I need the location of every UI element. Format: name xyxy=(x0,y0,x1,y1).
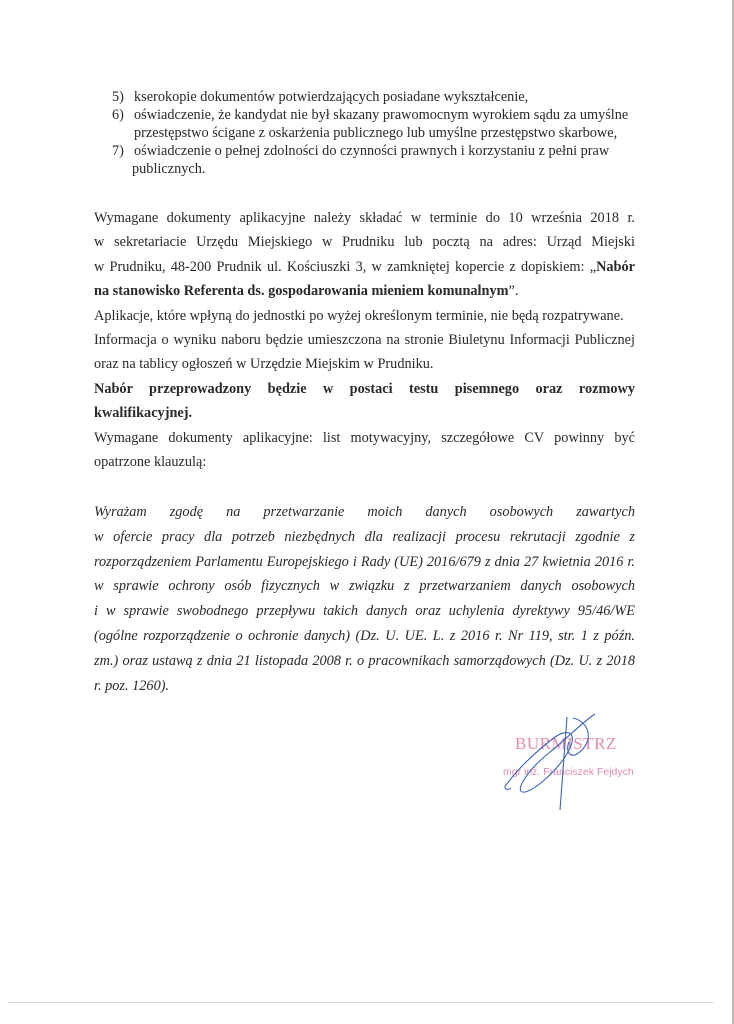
list-text: przestępstwo ścigane z oskarżenia public… xyxy=(134,124,652,142)
quote-close: ”. xyxy=(509,283,519,299)
clause-line: w sprawie ochrony osób fizycznych w zwią… xyxy=(94,574,635,599)
main-body: Wymagane dokumenty aplikacyjne należy sk… xyxy=(94,206,635,474)
position-title: na stanowisko Referenta ds. gospodarowan… xyxy=(94,283,509,299)
clause-line: r. poz. 1260). xyxy=(94,674,635,699)
clause-line: (ogólne rozporządzenie o ochronie danych… xyxy=(94,624,635,649)
list-text: oświadczenie o pełnej zdolności do czynn… xyxy=(134,142,652,160)
paragraph-line: opatrzone klauzulą: xyxy=(94,450,635,474)
clause-line: Wyrażam zgodę na przetwarzanie moich dan… xyxy=(94,500,635,525)
paragraph-line: Wymagane dokumenty aplikacyjne należy sk… xyxy=(94,206,635,230)
list-number: 5) xyxy=(112,88,124,106)
paragraph-line: kwalifikacyjnej. xyxy=(94,401,635,425)
list-item: 7) oświadczenie o pełnej zdolności do cz… xyxy=(112,142,652,178)
consent-clause: Wyrażam zgodę na przetwarzanie moich dan… xyxy=(94,500,635,698)
list-number: 7) xyxy=(112,142,124,160)
paragraph-line: na stanowisko Referenta ds. gospodarowan… xyxy=(94,279,635,303)
late-applications-note: Aplikacje, które wpłyną do jednostki po … xyxy=(94,304,635,328)
list-item: 6) oświadczenie, że kandydat nie był ska… xyxy=(112,106,652,142)
clause-line: w ofercie pracy dla potrzeb niezbędnych … xyxy=(94,525,635,550)
recruitment-method: Nabór przeprowadzony będzie w postaci te… xyxy=(94,377,635,401)
list-number: 6) xyxy=(112,106,124,124)
clause-line: rozporządzeniem Parlamentu Europejskiego… xyxy=(94,550,635,575)
paragraph-line: Wymagane dokumenty aplikacyjne: list mot… xyxy=(94,426,635,450)
address-text: w Prudniku, 48-200 Prudnik ul. Kościuszk… xyxy=(94,259,596,275)
envelope-label: Nabór xyxy=(596,259,635,275)
list-text: publicznych. xyxy=(132,160,652,178)
clause-line: i w sprawie swobodnego przepływu takich … xyxy=(94,599,635,624)
list-text: kserokopie dokumentów potwierdzających p… xyxy=(134,88,652,106)
paragraph-line: w sekretariacie Urzędu Miejskiego w Prud… xyxy=(94,230,635,254)
list-item: 5) kserokopie dokumentów potwierdzającyc… xyxy=(112,88,652,106)
paragraph-line: oraz na tablicy ogłoszeń w Urzędzie Miej… xyxy=(94,352,635,376)
page-bottom-rule xyxy=(8,1002,714,1003)
clause-line: zm.) oraz ustawą z dnia 21 listopada 200… xyxy=(94,649,635,674)
list-text: oświadczenie, że kandydat nie był skazan… xyxy=(134,106,652,124)
requirements-list: 5) kserokopie dokumentów potwierdzającyc… xyxy=(112,88,652,178)
paragraph-line: w Prudniku, 48-200 Prudnik ul. Kościuszk… xyxy=(94,255,635,279)
paragraph-line: Informacja o wyniku naboru będzie umiesz… xyxy=(94,328,635,352)
signature-icon xyxy=(495,712,605,812)
